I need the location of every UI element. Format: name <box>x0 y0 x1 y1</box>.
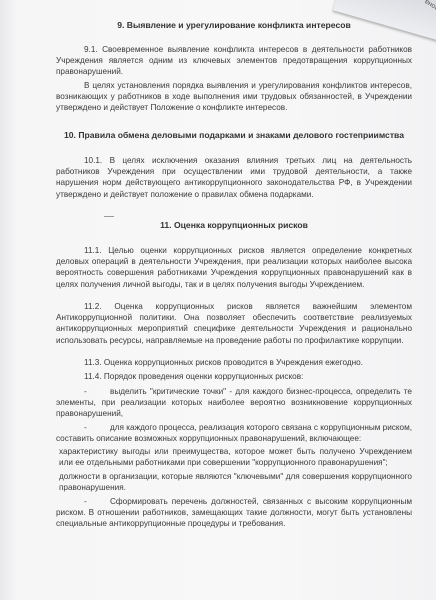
sub-item: характеристику выгоды или преимущества, … <box>56 446 412 468</box>
bullet-item: -Сформировать перечень должностей, связа… <box>56 496 412 530</box>
paragraph-11-3: 11.3. Оценка коррупционных рисков провод… <box>56 357 412 368</box>
paragraph-11-4: 11.4. Порядок проведения оценки коррупци… <box>56 371 412 382</box>
section-10-title: 10. Правила обмена деловыми подарками и … <box>56 130 412 141</box>
section-9-title: 9. Выявление и урегулирование конфликта … <box>56 20 412 31</box>
sub-item: должности в организации, которые являютс… <box>56 471 412 493</box>
paragraph-11-2: 11.2. Оценка коррупционных рисков являет… <box>56 301 412 346</box>
section-11-title: 11. Оценка коррупционных рисков <box>56 220 412 231</box>
paragraph-11-1: 11.1. Целью оценки коррупционных рисков … <box>56 245 412 290</box>
bullet-item: -выделить "критические точки" - для кажд… <box>56 386 412 420</box>
scan-mark <box>104 216 114 217</box>
corner-note: дона <box>424 0 436 12</box>
dash-marker: - <box>84 422 110 433</box>
bullet-text: Сформировать перечень должностей, связан… <box>56 497 412 528</box>
bullet-text: для каждого процесса, реализация которог… <box>56 423 412 443</box>
bullet-item: -для каждого процесса, реализация которо… <box>56 422 412 444</box>
paragraph-10-1: 10.1. В целях исключения оказания влияни… <box>56 155 412 200</box>
paragraph-9-2: В целях установления порядка выявления и… <box>56 80 412 114</box>
dash-marker: - <box>84 386 110 397</box>
paragraph-9-1: 9.1. Своевременное выявление конфликта и… <box>56 44 412 78</box>
document-page: дона 9. Выявление и урегулирование конфл… <box>0 0 436 600</box>
bullet-text: выделить "критические точки" - для каждо… <box>56 387 412 418</box>
dash-marker: - <box>84 496 110 507</box>
